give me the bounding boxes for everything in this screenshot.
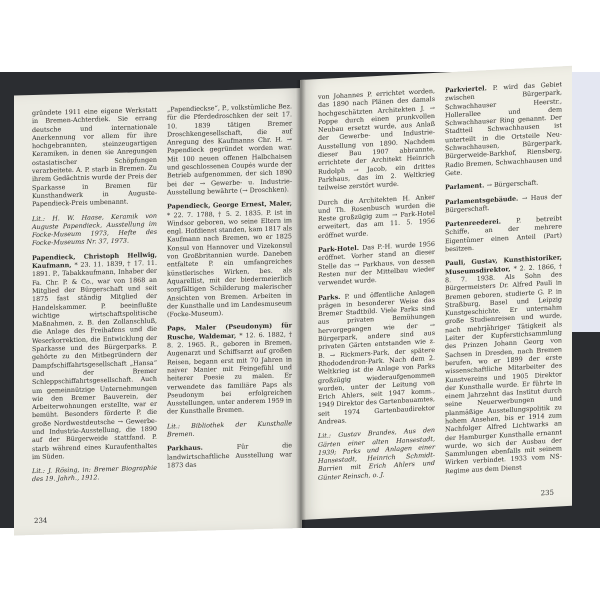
- dictionary-entry: Parlamentsgebäude. → Haus der Bürgerscha…: [445, 192, 562, 215]
- entry-text: Durch die Architekten H. Anker und Th. R…: [318, 192, 435, 239]
- dictionary-entry: Lit.: Bibliothek der Kunsthalle Bremen.: [167, 419, 292, 439]
- entry-text: P. wird das Gebiet zwischen Bürgerpark, …: [445, 80, 562, 177]
- right-page: von Johannes P. errichtet worden, das 18…: [300, 66, 572, 520]
- entry-text: * 22. 7. 1788, † 5. 2. 1835. P. ist in W…: [167, 208, 292, 319]
- entry-text: von Johannes P. errichtet worden, das 18…: [318, 87, 435, 192]
- literature-reference: Lit.: Gustav Brandes, Aus den Gärten ein…: [318, 426, 435, 482]
- left-page: gründete 1911 eine eigene Werkstatt in B…: [14, 88, 302, 536]
- dictionary-entry: Parkviertel. P. wird das Gebiet zwischen…: [445, 80, 562, 177]
- literature-reference: Lit.: Bibliothek der Kunsthalle Bremen.: [167, 419, 292, 439]
- dictionary-entry: Park-Hotel. Das P.-H. wurde 1956 eröffne…: [318, 240, 435, 288]
- page-number: 235: [541, 489, 554, 498]
- page-number: 234: [34, 517, 47, 525]
- right-page-column-1: von Johannes P. errichtet worden, das 18…: [318, 87, 435, 488]
- dictionary-entry: Durch die Architekten H. Anker und Th. R…: [318, 192, 435, 240]
- literature-reference: Lit.: J. Rösing, in: Bremer Biographie d…: [32, 464, 157, 484]
- book-spine-shadow: [296, 80, 306, 528]
- photo-scene: gründete 1911 eine eigene Werkstatt in B…: [0, 0, 600, 600]
- entry-headword: Parlament.: [445, 181, 487, 191]
- dictionary-entry: gründete 1911 eine eigene Werkstatt in B…: [32, 106, 157, 209]
- dictionary-entry: Lit.: H. W. Haase, Keramik von Auguste P…: [32, 211, 157, 247]
- literature-reference: Lit.: H. W. Haase, Keramik von Auguste P…: [32, 211, 157, 247]
- entry-text: * 23. 11. 1839, † 17. 11. 1891. P., Taba…: [32, 259, 157, 461]
- dictionary-entry: Papendieck, George Ernest, Maler, * 22. …: [167, 200, 292, 319]
- entry-text: * 2. 2. 1866, † 8. 7. 1938. Als Sohn des…: [445, 262, 562, 475]
- left-page-column-1: gründete 1911 eine eigene Werkstatt in B…: [32, 106, 157, 490]
- dictionary-entry: Paps, Maler (Pseudonym) für Rusche, Wald…: [167, 322, 292, 417]
- left-page-column-2: „Papendieckse“, P., volkstümliche Bez. f…: [167, 102, 292, 486]
- entry-text: gründete 1911 eine eigene Werkstatt in B…: [32, 106, 157, 209]
- entry-text: P. und öffentliche Anlagen prägen in bes…: [318, 287, 435, 426]
- dictionary-entry: Lit.: Gustav Brandes, Aus den Gärten ein…: [318, 426, 435, 482]
- dictionary-entry: Partenreederei. P. betreibt Schiffe, an …: [445, 214, 562, 253]
- right-page-column-2: Parkviertel. P. wird das Gebiet zwischen…: [445, 80, 562, 481]
- dictionary-entry: von Johannes P. errichtet worden, das 18…: [318, 87, 435, 193]
- dictionary-entry: „Papendieckse“, P., volkstümliche Bez. f…: [167, 102, 292, 197]
- dictionary-entry: Pauli, Gustav, Kunsthistoriker, Museumsd…: [445, 254, 562, 476]
- dictionary-entry: Papendieck, Christoph Hellwig, Kaufmann,…: [32, 251, 157, 462]
- dictionary-entry: Parks. P. und öffentliche Anlagen prägen…: [318, 287, 435, 426]
- entry-text: „Papendieckse“, P., volkstümliche Bez. f…: [167, 102, 292, 196]
- entry-text: * 12. 6. 1882, † 8. 2. 1965. R., geboren…: [167, 330, 292, 416]
- dictionary-entry: Parlament. → Bürgerschaft.: [445, 178, 562, 192]
- entry-text: → Bürgerschaft.: [487, 179, 539, 190]
- dictionary-entry: Parkhaus. Für die landwirtschaftliche Au…: [167, 442, 292, 470]
- dictionary-entry: Lit.: J. Rösing, in: Bremer Biographie d…: [32, 464, 157, 484]
